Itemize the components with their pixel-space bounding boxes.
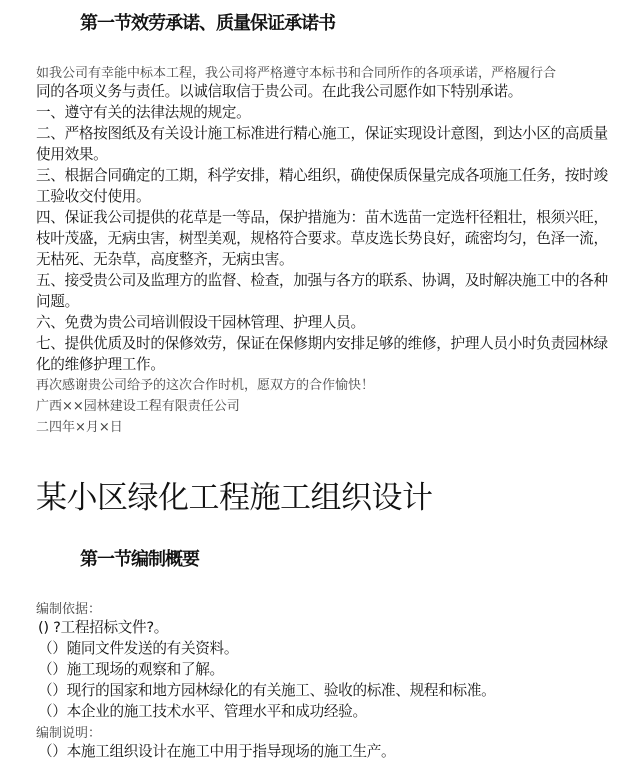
- body-line: 如我公司有幸能中标本工程，我公司将严格遵守本标书和合同所作的各项承诺，严格履行合: [36, 64, 556, 84]
- body-line: 同的各项义务与责任。以诚信取信于贵公司。在此我公司愿作如下特别承诺。: [36, 82, 522, 102]
- body-line: 工验收交付使用。: [36, 187, 150, 207]
- list-item: （）本企业的施工技术水平、管理水平和成功经验。: [38, 700, 367, 721]
- body-line: 七、提供优质及时的保修效劳，保证在保修期内安排足够的维修，护理人员小时负责园林绿: [36, 334, 608, 354]
- body-line: 无枯死、无杂草，高度整齐，无病虫害。: [36, 250, 293, 270]
- company-name: 广西××园林建设工程有限责任公司: [36, 397, 240, 417]
- body-line: 六、免费为贵公司培训假设干园林管理、护理人员。: [36, 313, 365, 333]
- body-line: 枝叶茂盛，无病虫害，树型美观，规格符合要求。草皮选长势良好，疏密均匀，色泽一流，: [36, 229, 608, 249]
- body-line: 二、严格按图纸及有关设计施工标准进行精心施工，保证实现设计意图，到达小区的高质量: [36, 124, 608, 144]
- body-line: 四、保证我公司提供的花草是一等品，保护措施为：苗木选苗一定选杆径粗壮，根须兴旺，: [36, 208, 608, 228]
- body-line: 五、接受贵公司及监理方的监督、检查，加强与各方的联系、协调，及时解决施工中的各种: [36, 271, 608, 291]
- closing-line: 再次感谢贵公司给予的这次合作时机，愿双方的合作愉快！: [36, 376, 374, 396]
- body-line: 三、根据合同确定的工期，科学安排，精心组织，确使保质保量完成各项施工任务，按时竣: [36, 166, 608, 186]
- date-line: 二四年×月×日: [36, 418, 123, 438]
- list-item: （）随同文件发送的有关资料。: [38, 637, 238, 658]
- basis-label: 编制依据：: [36, 598, 101, 617]
- body-line: 一、遵守有关的法律法规的规定。: [36, 103, 250, 123]
- body-line: 使用效果。: [36, 145, 107, 165]
- list-item: （）现行的国家和地方园林绿化的有关施工、验收的标准、规程和标准。: [38, 679, 495, 700]
- list-item: （）本施工组织设计在施工中用于指导现场的施工生产。: [38, 740, 395, 759]
- notes-label: 编制说明：: [36, 722, 101, 741]
- body-line: 化的维修护理工作。: [36, 355, 165, 375]
- list-item: （）施工现场的观察和了解。: [38, 658, 224, 679]
- body-line: 问题。: [36, 292, 79, 312]
- section1-title: 第一节效劳承诺、质量保证承诺书: [80, 9, 335, 35]
- document-title: 某小区绿化工程施工组织设计: [36, 472, 433, 517]
- section2-title: 第一节编制概要: [80, 545, 199, 571]
- list-item: () ?工程招标文件?。: [38, 616, 168, 637]
